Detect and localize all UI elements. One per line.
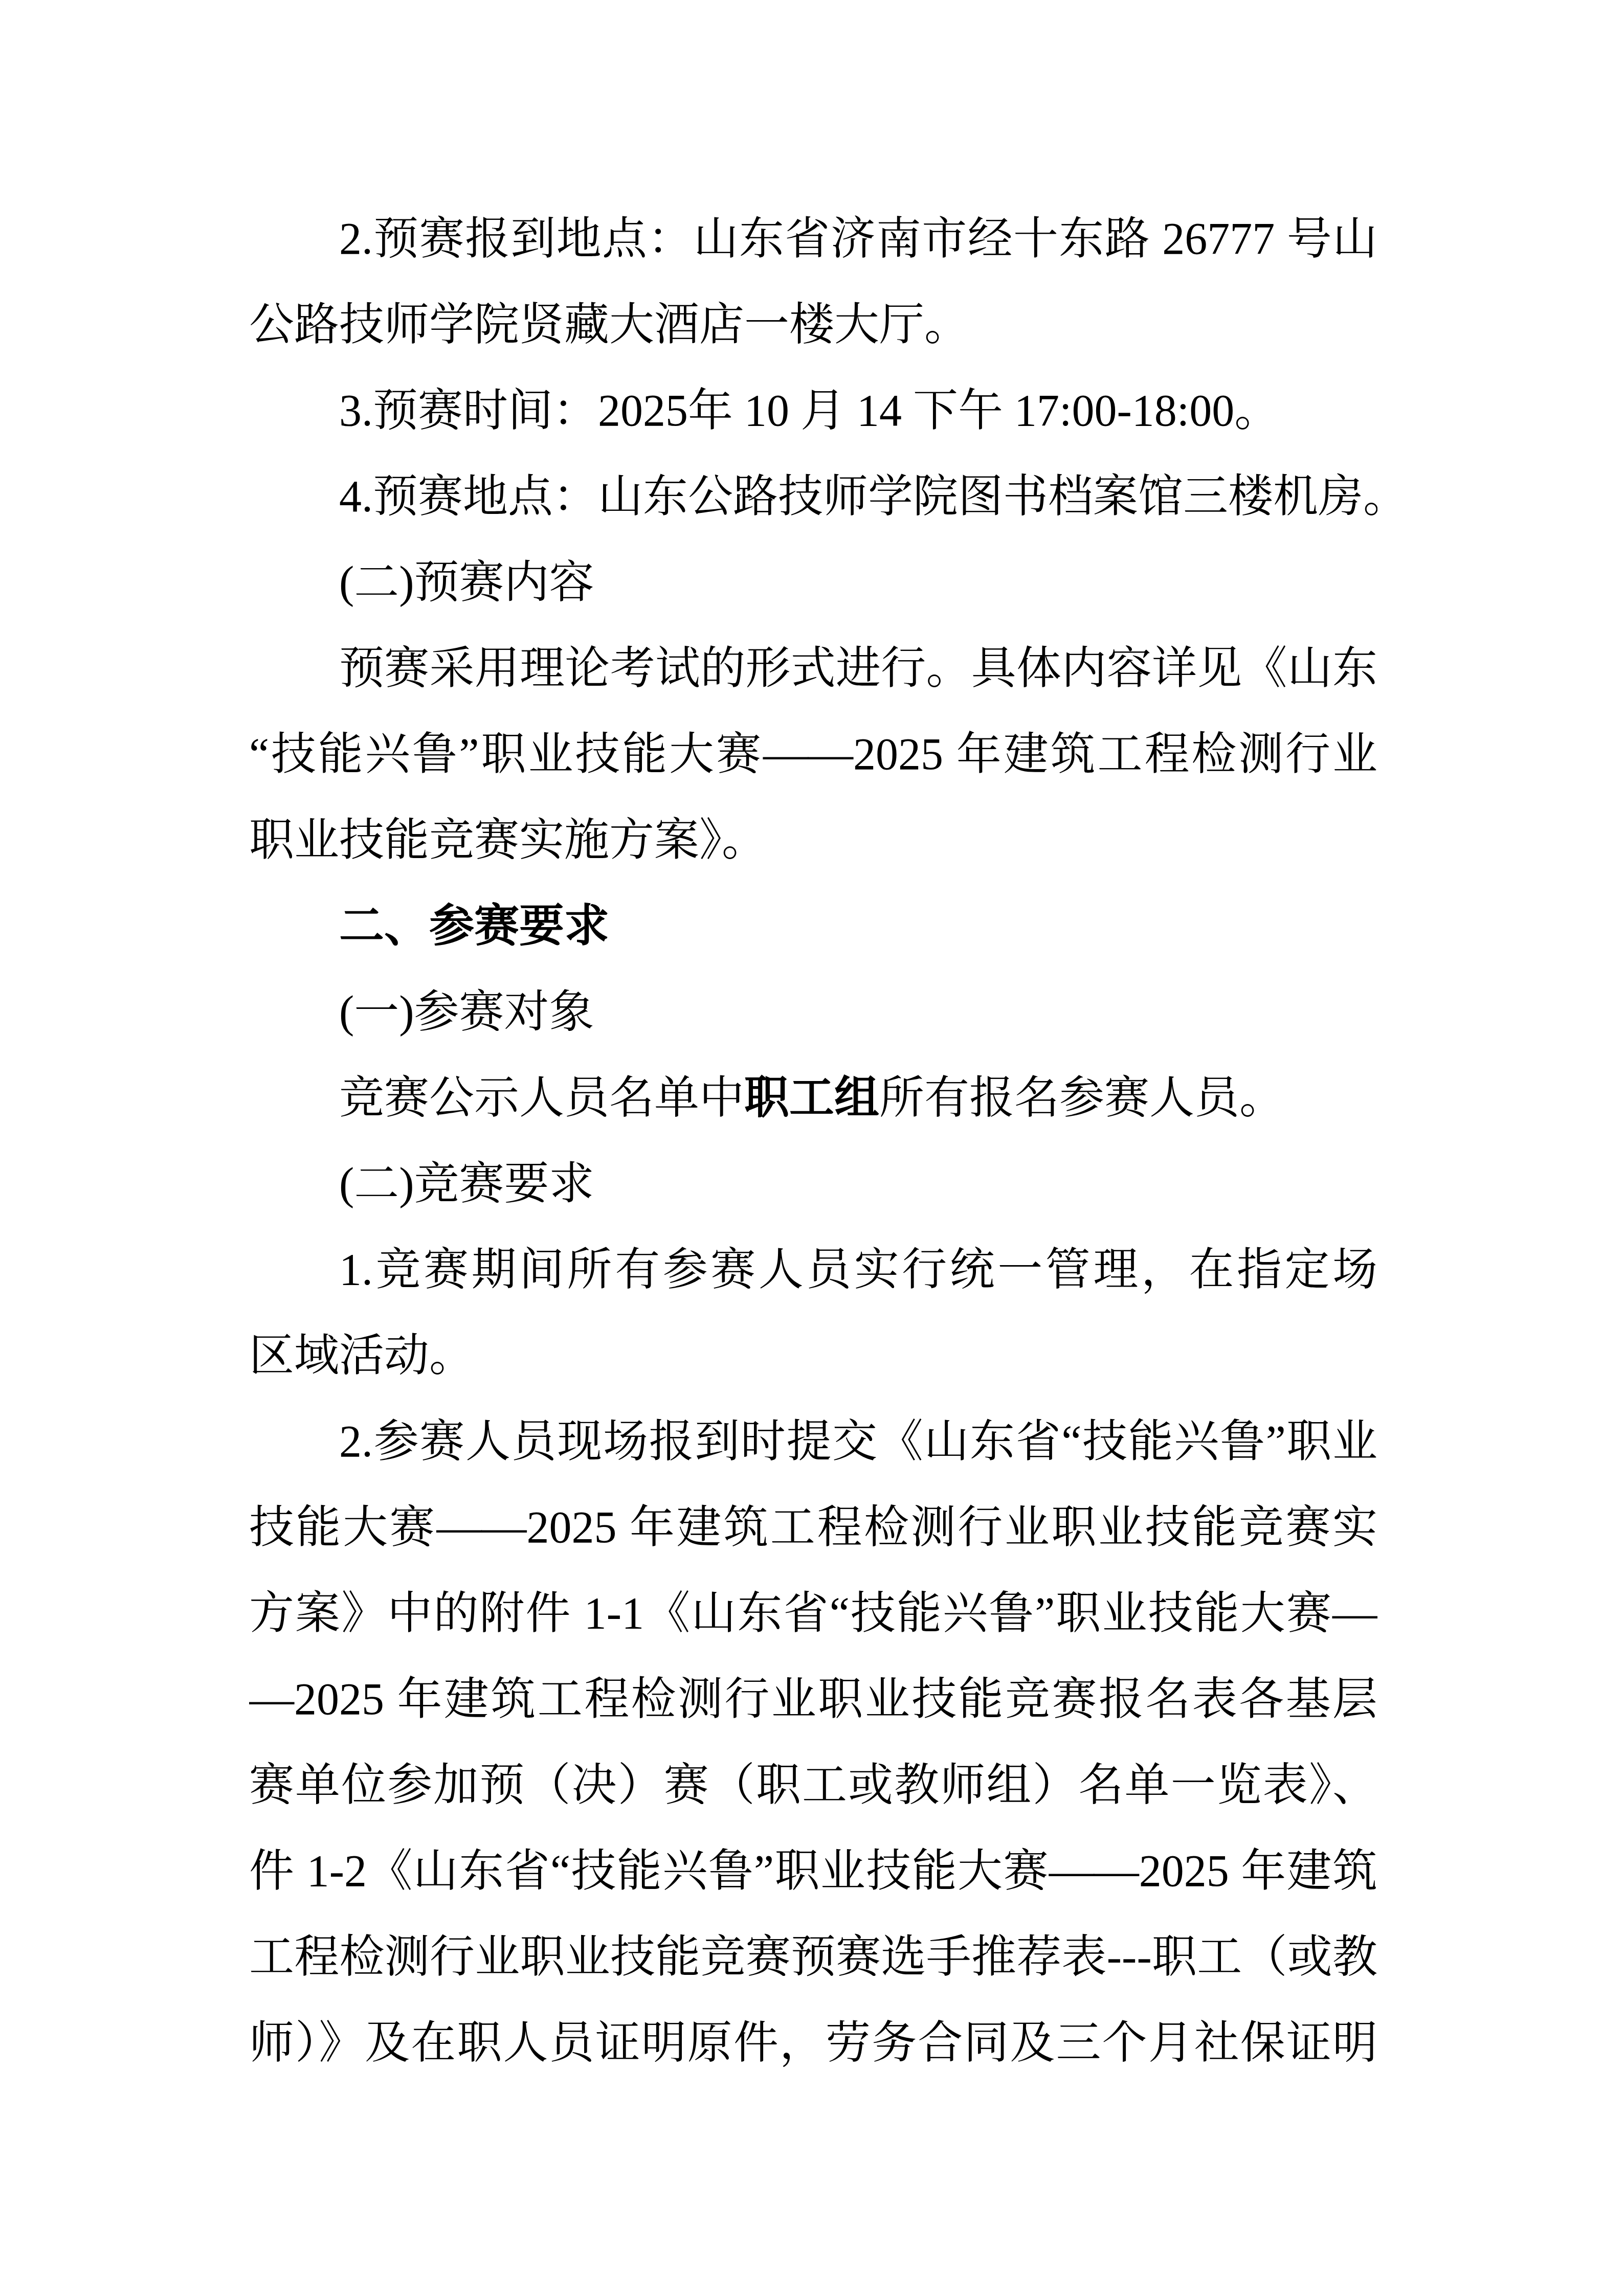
- text-line: (二)预赛内容: [249, 540, 1377, 626]
- text-line: “技能兴鲁”职业技能大赛——2025 年建筑工程检测行业: [249, 712, 1377, 798]
- text-line: 4.预赛地点：山东公路技师学院图书档案馆三楼机房。: [249, 454, 1377, 540]
- document-page: 2.预赛报到地点：山东省济南市经十东路 26777 号山东公路技师学院贤藏大酒店…: [0, 0, 1624, 2296]
- text-line: 2.参赛人员现场报到时提交《山东省“技能兴鲁”职业: [249, 1399, 1377, 1485]
- text-segment: 1.竞赛期间所有参赛人员实行统一管理，在指定场所、: [339, 1245, 1377, 1313]
- text-segment: 方案》中的附件 1-1《山东省“技能兴鲁”职业技能大赛—: [249, 1589, 1377, 1638]
- text-segment: 区域活动。: [249, 1331, 474, 1381]
- text-segment: 2.参赛人员现场报到时提交《山东省“技能兴鲁”职业: [339, 1417, 1377, 1467]
- text-segment: 赛单位参加预（决）赛（职工或教师组）名单一览表》、附: [249, 1761, 1377, 1829]
- text-line: 预赛采用理论考试的形式进行。具体内容详见《山东省: [249, 626, 1377, 712]
- text-line: 方案》中的附件 1-1《山东省“技能兴鲁”职业技能大赛—: [249, 1571, 1377, 1657]
- text-line: 职业技能竞赛实施方案》。: [249, 798, 1377, 884]
- bold-text-segment: 职工组: [744, 1073, 879, 1123]
- text-line: 区域活动。: [249, 1313, 1377, 1399]
- text-line: 赛单位参加预（决）赛（职工或教师组）名单一览表》、附: [249, 1743, 1377, 1829]
- text-segment: 3.预赛时间：2025年 10 月 14 下午 17:00-18:00。: [339, 386, 1279, 436]
- text-line: (一)参赛对象: [249, 970, 1377, 1055]
- text-line: 2.预赛报到地点：山东省济南市经十东路 26777 号山东: [249, 196, 1377, 282]
- text-segment: “技能兴鲁”职业技能大赛——2025 年建筑工程检测行业: [249, 730, 1377, 779]
- text-line: 公路技师学院贤藏大酒店一楼大厅。: [249, 282, 1377, 368]
- text-segment: (二)竞赛要求: [339, 1159, 594, 1209]
- text-segment: 件 1-2《山东省“技能兴鲁”职业技能大赛——2025 年建筑: [249, 1847, 1377, 1896]
- text-segment: 预赛采用理论考试的形式进行。具体内容详见《山东省: [339, 644, 1377, 712]
- text-segment: 职业技能竞赛实施方案》。: [249, 816, 767, 865]
- text-segment: 技能大赛——2025 年建筑工程检测行业职业技能竞赛实施: [249, 1503, 1377, 1571]
- bold-text-segment: 二、参赛要求: [339, 902, 609, 951]
- text-segment: 所有报名参赛人员。: [879, 1073, 1284, 1123]
- document-text-block: 2.预赛报到地点：山东省济南市经十东路 26777 号山东公路技师学院贤藏大酒店…: [249, 196, 1377, 2086]
- text-segment: (二)预赛内容: [339, 558, 594, 607]
- text-line: 竞赛公示人员名单中职工组所有报名参赛人员。: [249, 1055, 1377, 1141]
- text-segment: 师）》及在职人员证明原件，劳务合同及三个月社保证明复: [249, 2018, 1377, 2086]
- text-line: 1.竞赛期间所有参赛人员实行统一管理，在指定场所、: [249, 1227, 1377, 1313]
- text-line: 师）》及在职人员证明原件，劳务合同及三个月社保证明复: [249, 2000, 1377, 2086]
- text-segment: 4.预赛地点：山东公路技师学院图书档案馆三楼机房。: [339, 472, 1377, 522]
- text-segment: 竞赛公示人员名单中: [339, 1073, 744, 1123]
- text-line: 技能大赛——2025 年建筑工程检测行业职业技能竞赛实施: [249, 1485, 1377, 1571]
- text-segment: 2.预赛报到地点：山东省济南市经十东路 26777 号山东: [339, 214, 1377, 282]
- text-segment: —2025 年建筑工程检测行业职业技能竞赛报名表各基层竞: [249, 1675, 1377, 1743]
- text-segment: 公路技师学院贤藏大酒店一楼大厅。: [249, 300, 969, 350]
- text-line: 3.预赛时间：2025年 10 月 14 下午 17:00-18:00。: [249, 368, 1377, 454]
- text-segment: 工程检测行业职业技能竞赛预赛选手推荐表---职工（或教: [249, 1932, 1377, 1982]
- text-line: —2025 年建筑工程检测行业职业技能竞赛报名表各基层竞: [249, 1657, 1377, 1743]
- text-line: 工程检测行业职业技能竞赛预赛选手推荐表---职工（或教: [249, 1915, 1377, 2000]
- text-line: 二、参赛要求: [249, 884, 1377, 970]
- text-line: 件 1-2《山东省“技能兴鲁”职业技能大赛——2025 年建筑: [249, 1829, 1377, 1915]
- text-segment: (一)参赛对象: [339, 987, 594, 1037]
- text-line: (二)竞赛要求: [249, 1141, 1377, 1227]
